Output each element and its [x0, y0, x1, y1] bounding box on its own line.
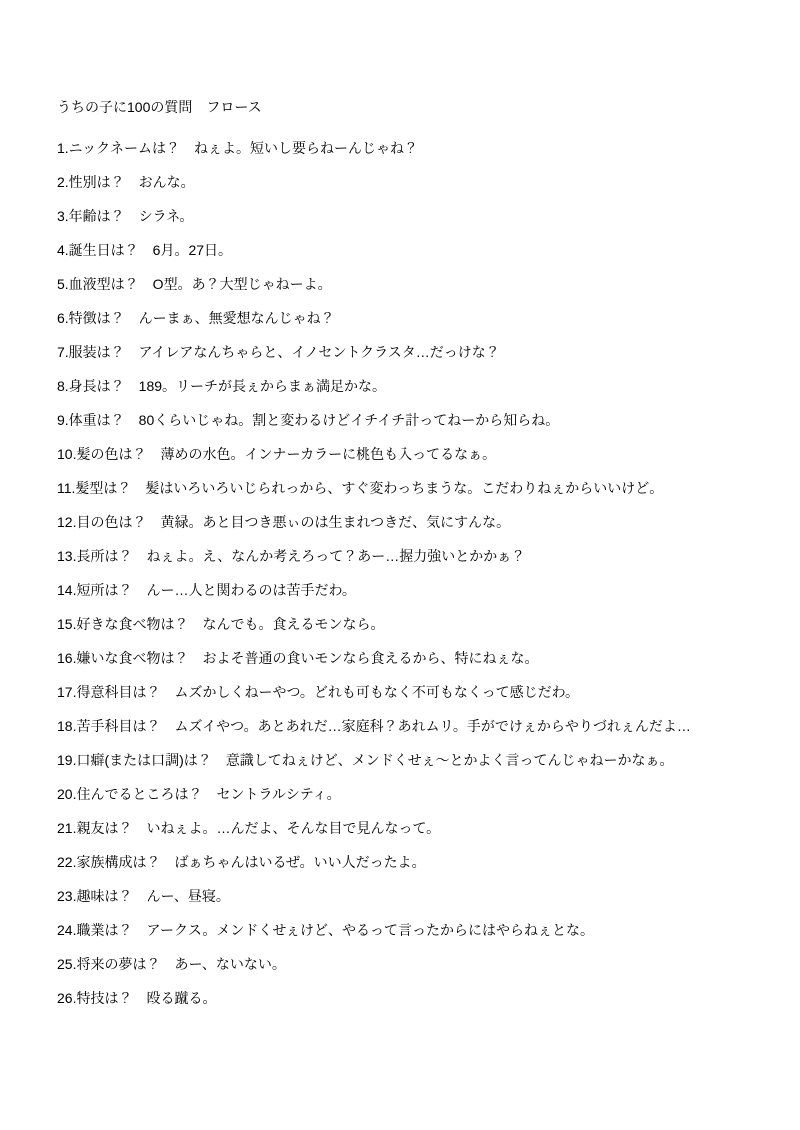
- qa-line: 2.性別は？ おんな。: [57, 174, 780, 191]
- qa-line: 3.年齢は？ シラネ。: [57, 208, 780, 225]
- qa-line: 1.ニックネームは？ ねぇよ。短いし要らねーんじゃね？: [57, 140, 780, 157]
- qa-line: 20.住んでるところは？ セントラルシティ。: [57, 786, 780, 803]
- qa-line: 6.特徴は？ んーまぁ、無愛想なんじゃね？: [57, 310, 780, 327]
- qa-line: 13.長所は？ ねぇよ。え、なんか考えろって？あー…握力強いとかかぁ？: [57, 548, 780, 565]
- qa-line: 10.髪の色は？ 薄めの水色。インナーカラーに桃色も入ってるなぁ。: [57, 446, 780, 463]
- qa-line: 23.趣味は？ んー、昼寝。: [57, 888, 780, 905]
- qa-line: 19.口癖(または口調)は？ 意識してねぇけど、メンドくせぇ～とかよく言ってんじ…: [57, 752, 780, 769]
- qa-line: 4.誕生日は？ 6月。27日。: [57, 242, 780, 259]
- document-title: うちの子に100の質問 フロース: [57, 99, 780, 116]
- qa-line: 17.得意科目は？ ムズかしくねーやつ。どれも可もなく不可もなくって感じだわ。: [57, 684, 780, 701]
- qa-line: 24.職業は？ アークス。メンドくせぇけど、やるって言ったからにはやらねぇとな。: [57, 922, 780, 939]
- document-page: うちの子に100の質問 フロース 1.ニックネームは？ ねぇよ。短いし要らねーん…: [57, 99, 780, 1024]
- qa-line: 9.体重は？ 80くらいじゃね。割と変わるけどイチイチ計ってねーから知らね。: [57, 412, 780, 429]
- qa-line: 22.家族構成は？ ばぁちゃんはいるぜ。いい人だったよ。: [57, 854, 780, 871]
- qa-line: 21.親友は？ いねぇよ。…んだよ、そんな目で見んなって。: [57, 820, 780, 837]
- qa-line: 18.苦手科目は？ ムズイやつ。あとあれだ…家庭科？あれムリ。手がでけぇからやり…: [57, 718, 780, 735]
- qa-line: 8.身長は？ 189。リーチが長ぇからまぁ満足かな。: [57, 378, 780, 395]
- qa-line: 14.短所は？ んー…人と関わるのは苦手だわ。: [57, 582, 780, 599]
- qa-line: 11.髪型は？ 髪はいろいろいじられっから、すぐ変わっちまうな。こだわりねぇから…: [57, 480, 780, 497]
- qa-line: 15.好きな食べ物は？ なんでも。食えるモンなら。: [57, 616, 780, 633]
- qa-line: 12.目の色は？ 黄緑。あと目つき悪ぃのは生まれつきだ、気にすんな。: [57, 514, 780, 531]
- document-background: { "document": { "title": "うちの子に100の質問 フロ…: [0, 0, 800, 1130]
- qa-list: 1.ニックネームは？ ねぇよ。短いし要らねーんじゃね？2.性別は？ おんな。3.…: [57, 140, 780, 1007]
- qa-line: 16.嫌いな食べ物は？ およそ普通の食いモンなら食えるから、特にねぇな。: [57, 650, 780, 667]
- qa-line: 25.将来の夢は？ あー、ないない。: [57, 956, 780, 973]
- qa-line: 5.血液型は？ O型。あ？大型じゃねーよ。: [57, 276, 780, 293]
- qa-line: 26.特技は？ 殴る蹴る。: [57, 990, 780, 1007]
- qa-line: 7.服装は？ アイレアなんちゃらと、イノセントクラスタ…だっけな？: [57, 344, 780, 361]
